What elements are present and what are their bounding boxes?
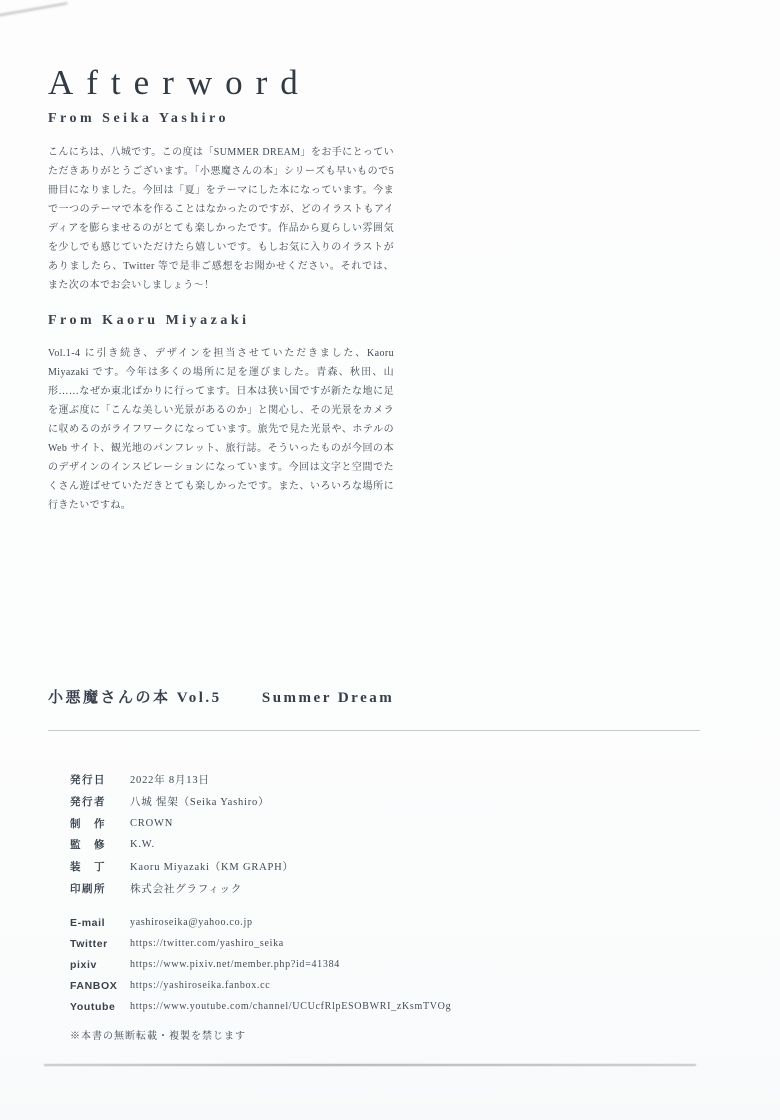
contact-pixiv-url: https://www.pixiv.net/member.php?id=4138… — [130, 959, 340, 970]
colophon-value: 株式会社グラフィック — [130, 881, 242, 896]
colophon-label: 印刷所 — [70, 881, 130, 896]
colophon-label: 発行者 — [70, 794, 130, 809]
book-title-english: Summer Dream — [262, 690, 394, 706]
book-title: 小悪魔さんの本 Vol.5 Summer Dream — [48, 686, 394, 707]
section-heading-kaoru-miyazaki: From Kaoru Miyazaki — [48, 313, 250, 329]
colophon-row-design: 装 丁 Kaoru Miyazaki（KM GRAPH） — [70, 856, 294, 878]
contact-row-youtube: Youtube https://www.youtube.com/channel/… — [70, 996, 451, 1017]
colophon-row-publisher: 発行者 八城 惺架（Seika Yashiro） — [70, 791, 294, 813]
contact-block: E-mail yashiroseika@yahoo.co.jp Twitter … — [70, 912, 451, 1017]
afterword-text-seika-yashiro: こんにちは、八城です。この度は「SUMMER DREAM」をお手にとっていただき… — [48, 143, 394, 295]
contact-label: Youtube — [70, 1001, 130, 1013]
contact-label: E-mail — [70, 917, 130, 929]
contact-label: pixiv — [70, 959, 130, 971]
copyright-note: ※本書の無断転載・複製を禁じます — [70, 1027, 246, 1042]
colophon-block: 発行日 2022年 8月13日 発行者 八城 惺架（Seika Yashiro）… — [70, 769, 294, 899]
book-title-japanese: 小悪魔さんの本 Vol.5 — [48, 690, 222, 706]
colophon-value: Kaoru Miyazaki（KM GRAPH） — [130, 859, 294, 874]
contact-label: FANBOX — [70, 980, 130, 992]
colophon-row-production: 制 作 CROWN — [70, 812, 294, 834]
afterword-text-kaoru-miyazaki: Vol.1-4 に引き続き、デザインを担当させていただきました、Kaoru Mi… — [48, 344, 394, 515]
colophon-label: 制 作 — [70, 816, 130, 831]
scan-artifact-corner — [0, 2, 68, 18]
contact-label: Twitter — [70, 938, 130, 950]
colophon-value: CROWN — [130, 818, 173, 829]
contact-youtube-url: https://www.youtube.com/channel/UCUcfRlp… — [130, 1001, 451, 1012]
colophon-row-publication-date: 発行日 2022年 8月13日 — [70, 769, 294, 791]
contact-row-email: E-mail yashiroseika@yahoo.co.jp — [70, 912, 451, 933]
page-title: Afterword — [48, 63, 311, 103]
scan-artifact-page-edge — [44, 1064, 696, 1066]
colophon-row-printer: 印刷所 株式会社グラフィック — [70, 877, 294, 899]
section-heading-seika-yashiro: From Seika Yashiro — [48, 111, 229, 127]
contact-email-address: yashiroseika@yahoo.co.jp — [130, 917, 253, 928]
colophon-label: 発行日 — [70, 772, 130, 787]
colophon-value: 八城 惺架（Seika Yashiro） — [130, 794, 269, 809]
contact-twitter-url: https://twitter.com/yashiro_seika — [130, 938, 284, 949]
colophon-label: 監 修 — [70, 837, 130, 852]
contact-row-fanbox: FANBOX https://yashiroseika.fanbox.cc — [70, 975, 451, 996]
colophon-value: 2022年 8月13日 — [130, 772, 210, 787]
contact-row-twitter: Twitter https://twitter.com/yashiro_seik… — [70, 933, 451, 954]
scanned-afterword-page: Afterword From Seika Yashiro こんにちは、八城です。… — [0, 0, 780, 1120]
contact-fanbox-url: https://yashiroseika.fanbox.cc — [130, 980, 270, 991]
horizontal-divider — [48, 730, 700, 731]
colophon-row-supervision: 監 修 K.W. — [70, 834, 294, 856]
colophon-label: 装 丁 — [70, 859, 130, 874]
colophon-value: K.W. — [130, 839, 155, 850]
contact-row-pixiv: pixiv https://www.pixiv.net/member.php?i… — [70, 954, 451, 975]
